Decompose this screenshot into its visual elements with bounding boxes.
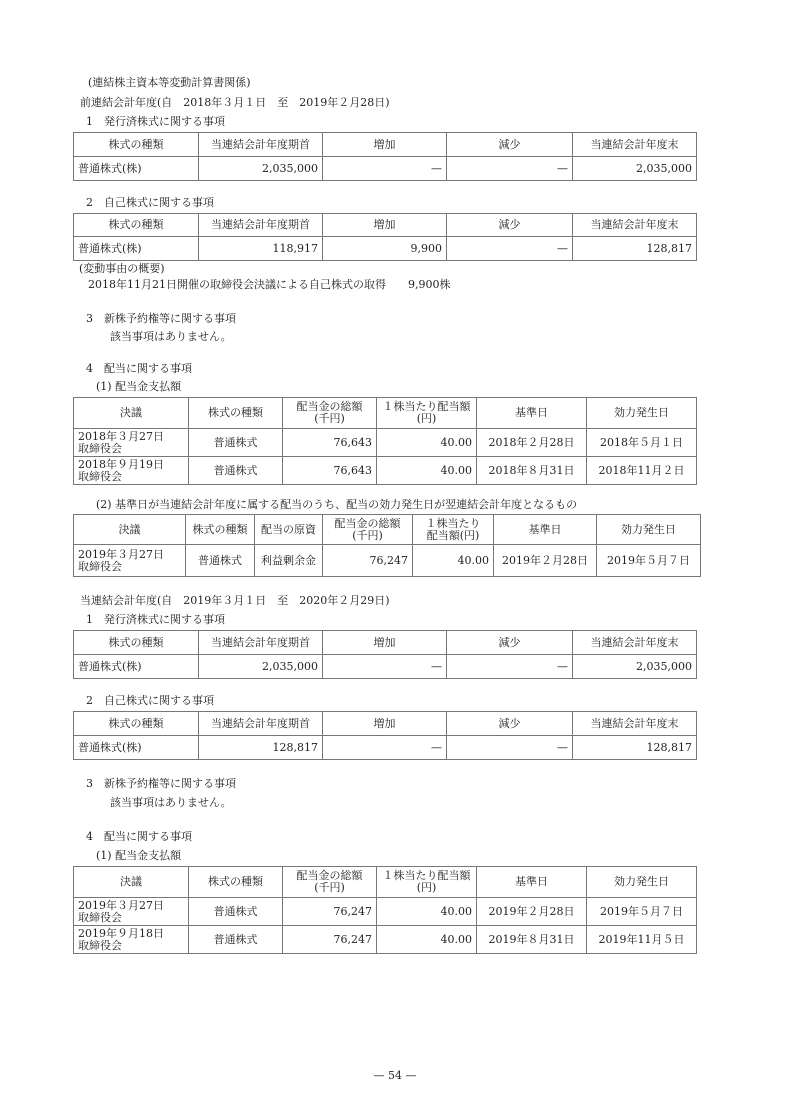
header-cell: １株当たり配当額 (円) [377,867,477,898]
change-reason-title: (変動事由の概要) [79,262,165,276]
header-cell: 配当金の総額 (千円) [323,515,413,545]
cell: 128,817 [199,736,323,760]
current-dividends-heading: 4 配当に関する事項 [86,830,192,844]
prior-year-period: 前連結会計年度(自 2018年３月１日 至 2019年２月28日) [80,96,390,110]
cell: 2018年11月２日 [587,457,697,485]
cell: 2019年９月18日 取締役会 [74,926,189,954]
header-cell: 増加 [323,133,447,157]
prior-dividends-paid-table: 決議 株式の種類 配当金の総額 (千円) １株当たり配当額 (円) 基準日 効力… [73,397,697,485]
header-cell: 減少 [447,712,573,736]
cell: 128,817 [573,237,697,261]
cell: 利益剰余金 [255,545,323,577]
header-cell: 当連結会計年度末 [573,712,697,736]
cell: 76,643 [283,429,377,457]
cell: 40.00 [377,457,477,485]
cell: 2018年５月１日 [587,429,697,457]
cell: 普通株式(株) [74,655,199,679]
cell: 2,035,000 [573,157,697,181]
cell: 76,643 [283,457,377,485]
cell: 40.00 [377,429,477,457]
cell: 2018年２月28日 [477,429,587,457]
cell: 2019年５月７日 [587,898,697,926]
header-cell: 配当の原資 [255,515,323,545]
header-cell: 効力発生日 [587,867,697,898]
current-options-heading: 3 新株予約権等に関する事項 [86,777,236,791]
prior-issued-heading: 1 発行済株式に関する事項 [86,115,225,129]
cell: 2019年11月５日 [587,926,697,954]
header-cell: 効力発生日 [597,515,701,545]
section-title: (連結株主資本等変動計算書関係) [88,76,251,90]
prior-treasury-heading: 2 自己株式に関する事項 [86,196,214,210]
cell: 76,247 [323,545,413,577]
table-row: 2019年３月27日 取締役会 普通株式 76,247 40.00 2019年２… [74,898,697,926]
cell: 普通株式 [189,429,283,457]
cell: 40.00 [413,545,494,577]
cell: — [447,655,573,679]
cell: 2,035,000 [199,157,323,181]
table-row: 普通株式(株) 118,917 9,900 — 128,817 [74,237,697,261]
cell: 普通株式(株) [74,157,199,181]
cell: — [447,237,573,261]
prior-dividends-paid-heading: (1) 配当金支払額 [96,380,181,394]
cell: — [447,736,573,760]
cell: 40.00 [377,926,477,954]
prior-treasury-table: 株式の種類 当連結会計年度期首 増加 減少 当連結会計年度末 普通株式(株) 1… [73,213,697,261]
header-cell: 当連結会計年度末 [573,214,697,237]
cell: 2019年３月27日 取締役会 [74,898,189,926]
table-row: 2018年３月27日 取締役会 普通株式 76,643 40.00 2018年２… [74,429,697,457]
header-cell: 基準日 [494,515,597,545]
prior-issued-table: 株式の種類 当連結会計年度期首 増加 減少 当連結会計年度末 普通株式(株) 2… [73,132,697,181]
cell: 2,035,000 [199,655,323,679]
header-cell: 決議 [74,398,189,429]
current-dividends-paid-table: 決議 株式の種類 配当金の総額 (千円) １株当たり配当額 (円) 基準日 効力… [73,866,697,954]
cell: 普通株式 [186,545,255,577]
cell: 普通株式 [189,926,283,954]
cell: 普通株式 [189,898,283,926]
header-cell: １株当たり 配当額(円) [413,515,494,545]
cell: 2,035,000 [573,655,697,679]
header-cell: 基準日 [477,398,587,429]
header-cell: 決議 [74,867,189,898]
prior-dividends-next-heading: (2) 基準日が当連結会計年度に属する配当のうち、配当の効力発生日が翌連結会計年… [96,498,577,512]
current-year-period: 当連結会計年度(自 2019年３月１日 至 2020年２月29日) [80,594,390,608]
cell: 128,817 [573,736,697,760]
header-cell: 増加 [323,631,447,655]
prior-options-text: 該当事項はありません。 [110,330,232,344]
cell: 普通株式(株) [74,736,199,760]
header-cell: 株式の種類 [74,631,199,655]
cell: 2018年９月19日 取締役会 [74,457,189,485]
header-cell: 当連結会計年度末 [573,631,697,655]
cell: 2019年２月28日 [494,545,597,577]
header-cell: 株式の種類 [189,398,283,429]
prior-dividends-heading: 4 配当に関する事項 [86,362,192,376]
change-reason-text: 2018年11月21日開催の取締役会決議による自己株式の取得 9,900株 [88,278,450,292]
table-row: 普通株式(株) 128,817 — — 128,817 [74,736,697,760]
prior-options-heading: 3 新株予約権等に関する事項 [86,312,236,326]
header-cell: １株当たり配当額 (円) [377,398,477,429]
cell: — [323,736,447,760]
header-cell: 増加 [323,214,447,237]
cell: 118,917 [199,237,323,261]
current-issued-table: 株式の種類 当連結会計年度期首 増加 減少 当連結会計年度末 普通株式(株) 2… [73,630,697,679]
table-row: 2018年９月19日 取締役会 普通株式 76,643 40.00 2018年８… [74,457,697,485]
cell: — [323,655,447,679]
cell: 2018年３月27日 取締役会 [74,429,189,457]
current-dividends-paid-heading: (1) 配当金支払額 [96,849,181,863]
header-cell: 株式の種類 [74,712,199,736]
cell: 普通株式 [189,457,283,485]
cell: 76,247 [283,926,377,954]
header-cell: 減少 [447,631,573,655]
header-cell: 株式の種類 [186,515,255,545]
header-cell: 配当金の総額 (千円) [283,398,377,429]
cell: 76,247 [283,898,377,926]
header-cell: 効力発生日 [587,398,697,429]
header-cell: 当連結会計年度期首 [199,133,323,157]
prior-dividends-next-table: 決議 株式の種類 配当の原資 配当金の総額 (千円) １株当たり 配当額(円) … [73,514,701,577]
header-cell: 当連結会計年度期首 [199,214,323,237]
cell: 2018年８月31日 [477,457,587,485]
current-treasury-table: 株式の種類 当連結会計年度期首 増加 減少 当連結会計年度末 普通株式(株) 1… [73,711,697,760]
header-cell: 配当金の総額 (千円) [283,867,377,898]
table-row: 2019年９月18日 取締役会 普通株式 76,247 40.00 2019年８… [74,926,697,954]
table-row: 2019年３月27日 取締役会 普通株式 利益剰余金 76,247 40.00 … [74,545,701,577]
current-treasury-heading: 2 自己株式に関する事項 [86,694,214,708]
page-number: — 54 — [0,1069,790,1082]
header-cell: 当連結会計年度末 [573,133,697,157]
cell: — [447,157,573,181]
header-cell: 当連結会計年度期首 [199,631,323,655]
table-row: 普通株式(株) 2,035,000 — — 2,035,000 [74,157,697,181]
header-cell: 当連結会計年度期首 [199,712,323,736]
cell: 2019年５月７日 [597,545,701,577]
header-cell: 決議 [74,515,186,545]
cell: — [323,157,447,181]
cell: 2019年２月28日 [477,898,587,926]
header-cell: 株式の種類 [189,867,283,898]
header-cell: 株式の種類 [74,214,199,237]
table-row: 普通株式(株) 2,035,000 — — 2,035,000 [74,655,697,679]
header-cell: 減少 [447,214,573,237]
header-cell: 減少 [447,133,573,157]
cell: 40.00 [377,898,477,926]
cell: 2019年３月27日 取締役会 [74,545,186,577]
header-cell: 株式の種類 [74,133,199,157]
header-cell: 基準日 [477,867,587,898]
header-cell: 増加 [323,712,447,736]
cell: 普通株式(株) [74,237,199,261]
cell: 2019年８月31日 [477,926,587,954]
current-options-text: 該当事項はありません。 [110,796,232,810]
current-issued-heading: 1 発行済株式に関する事項 [86,613,225,627]
cell: 9,900 [323,237,447,261]
